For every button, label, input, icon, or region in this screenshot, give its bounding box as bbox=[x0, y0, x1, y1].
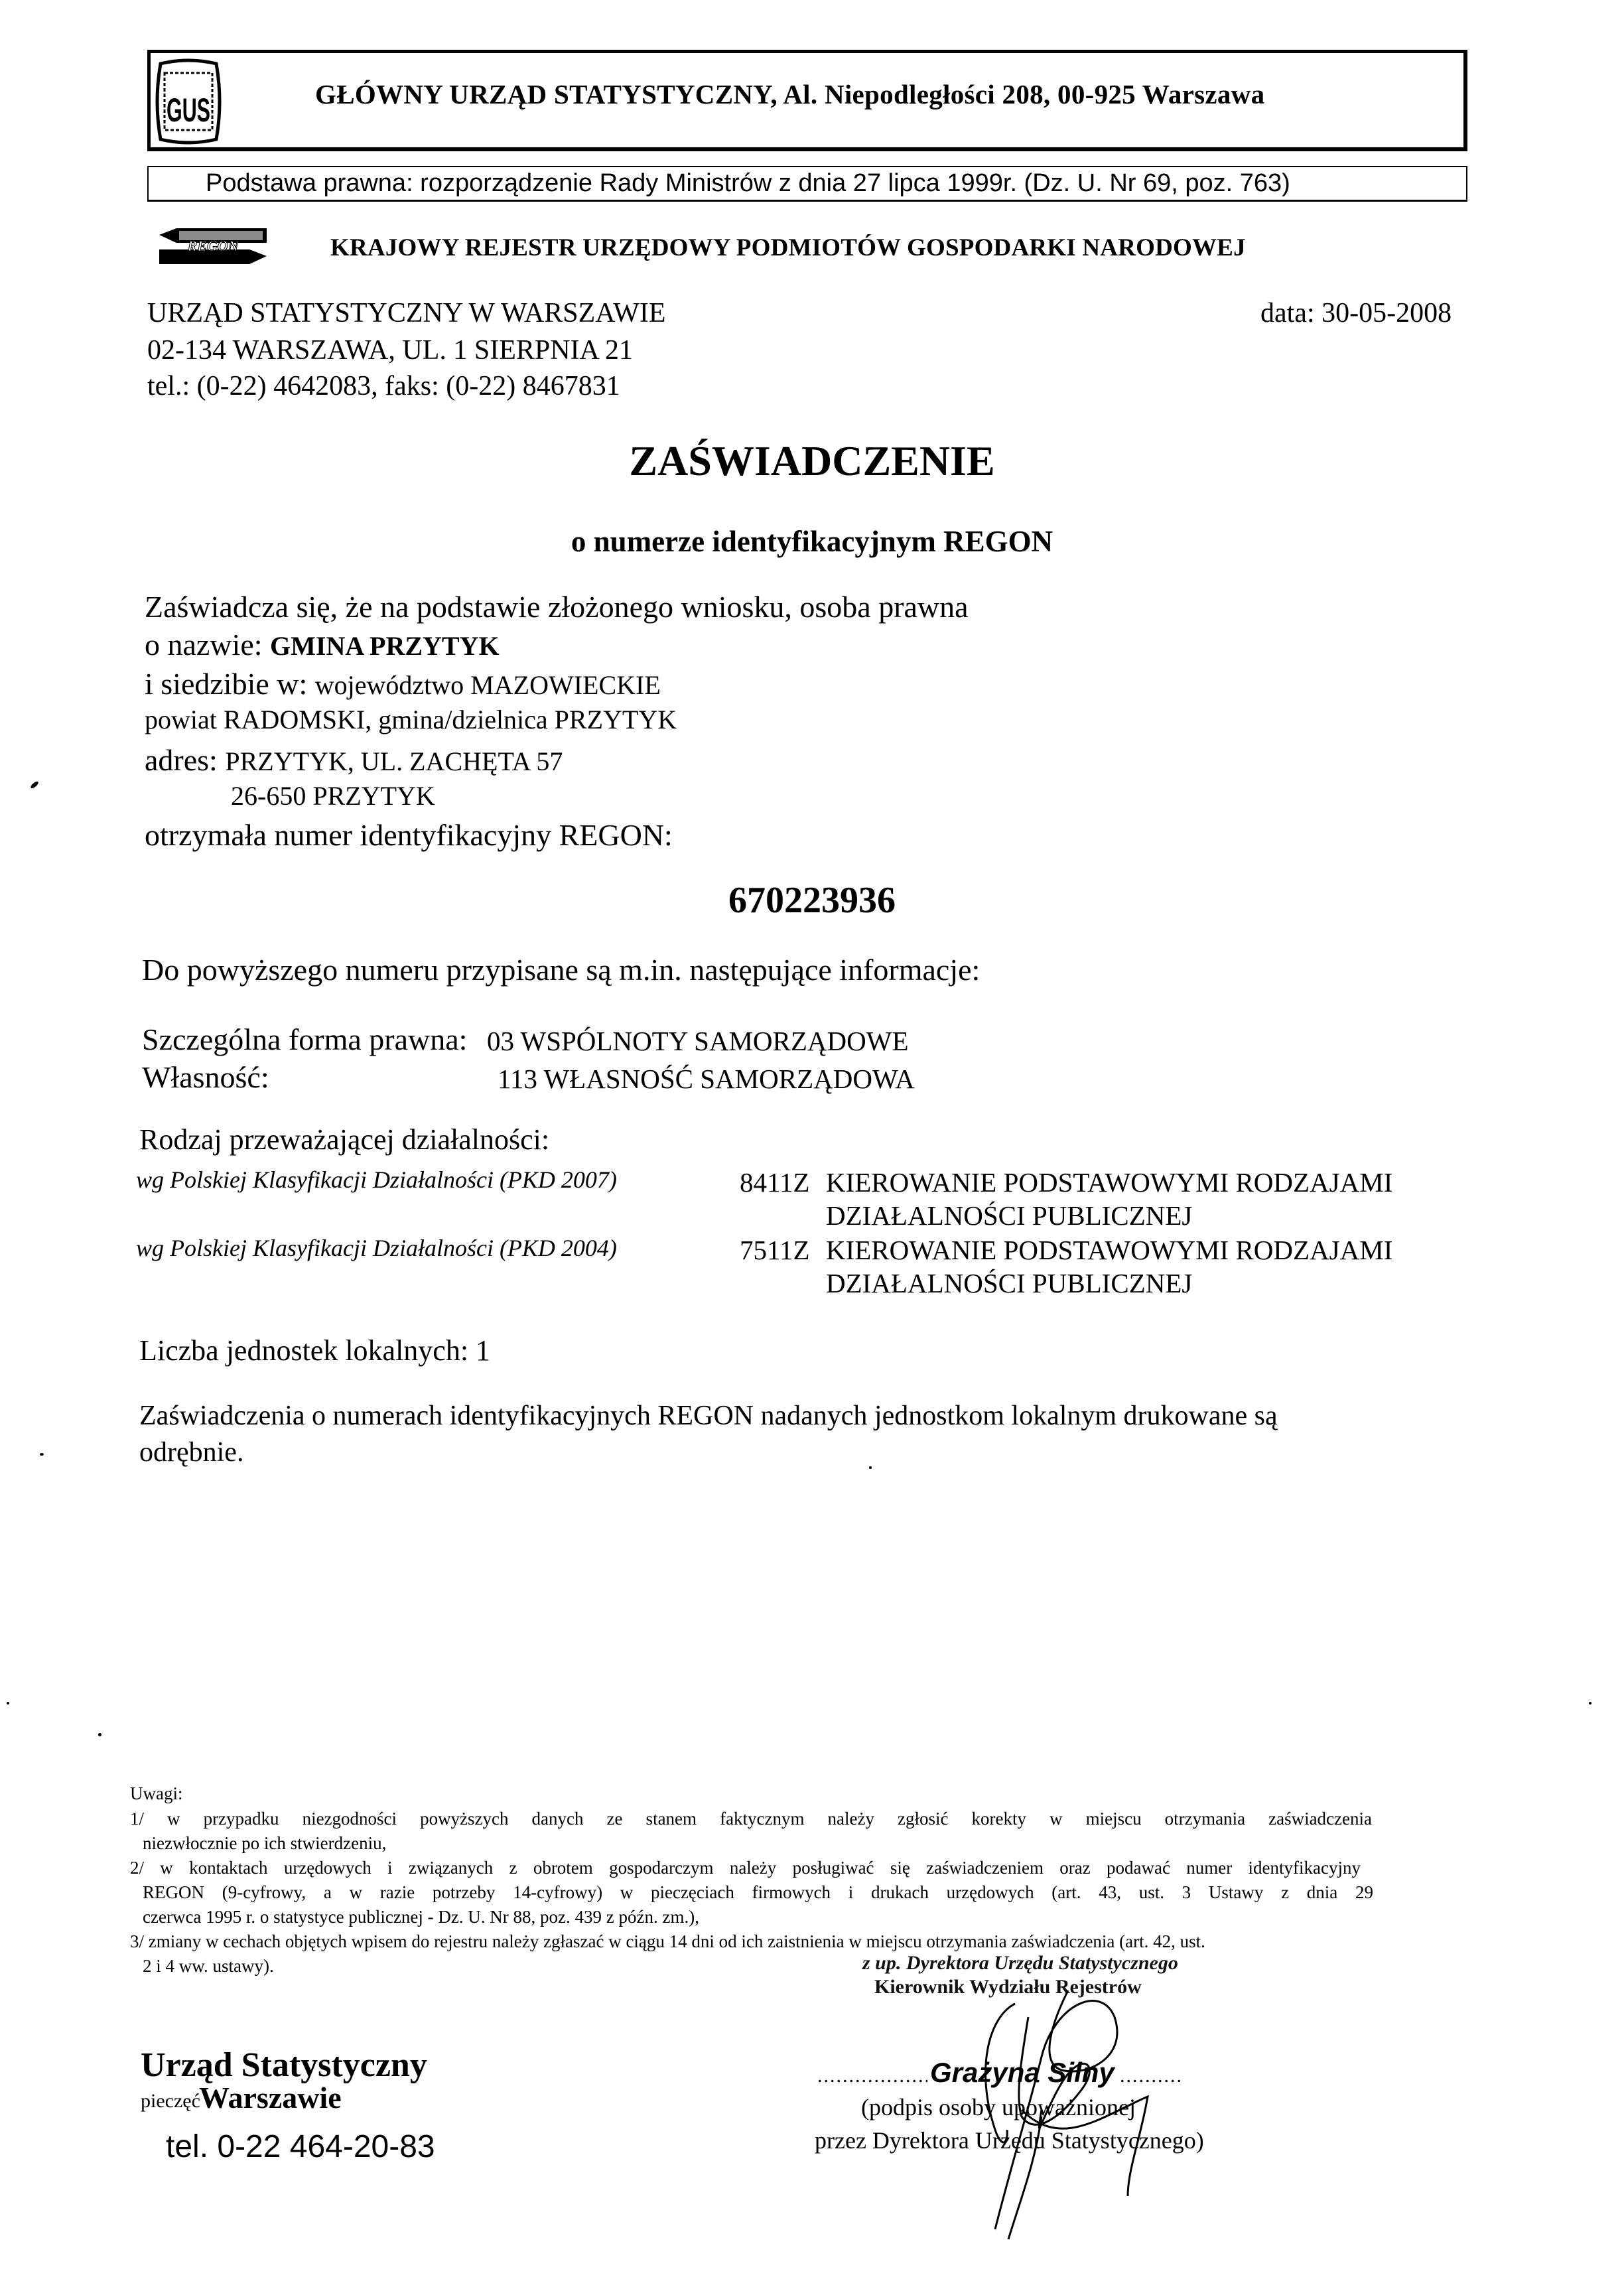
remark-1: 1/ w przypadku niezgodności powyższych d… bbox=[130, 1809, 1372, 1829]
seal-office-name: Urząd Statystyczny bbox=[141, 2046, 427, 2085]
seat-value: województwo MAZOWIECKIE bbox=[315, 670, 661, 700]
pkd-2004-description-cont: DZIAŁALNOŚCI PUBLICZNEJ bbox=[826, 1267, 1192, 1299]
institution-header: GŁÓWNY URZĄD STATYSTYCZNY, Al. Niepodleg… bbox=[315, 78, 1264, 110]
remark-3: 3/ zmiany w cechach objętych wpisem do r… bbox=[130, 1931, 1205, 1952]
address-line: adres: PRZYTYK, UL. ZACHĘTA 57 bbox=[145, 742, 563, 778]
seat-line: i siedzibie w: województwo MAZOWIECKIE bbox=[145, 666, 661, 701]
seal-city: Warszawie bbox=[199, 2080, 342, 2115]
scan-artifact bbox=[40, 1453, 44, 1456]
registry-title: KRAJOWY REJESTR URZĘDOWY PODMIOTÓW GOSPO… bbox=[330, 234, 1246, 262]
legal-form-label: Szczególna forma prawna: bbox=[142, 1022, 467, 1057]
scan-artifact bbox=[7, 1702, 9, 1704]
scan-artifact bbox=[30, 780, 40, 790]
remarks-title: Uwagi: bbox=[130, 1783, 182, 1804]
scan-artifact bbox=[1589, 1702, 1591, 1704]
local-units-note: Zaświadczenia o numerach identyfikacyjny… bbox=[139, 1400, 1278, 1432]
address-street: PRZYTYK, UL. ZACHĘTA 57 bbox=[225, 746, 563, 776]
office-name: URZĄD STATYSTYCZNY W WARSZAWIE bbox=[147, 297, 666, 329]
details-intro: Do powyższego numeru przypisane są m.in.… bbox=[142, 952, 980, 987]
pkd-2004-classification: wg Polskiej Klasyfikacji Działalności (P… bbox=[136, 1234, 617, 1262]
svg-text:REGON: REGON bbox=[186, 238, 239, 254]
local-units-note-cont: odrębnie. bbox=[139, 1436, 243, 1468]
signatory-stamp-title: z up. Dyrektora Urzędu Statystycznego bbox=[862, 1952, 1178, 1975]
legal-form-value: 03 WSPÓLNOTY SAMORZĄDOWE bbox=[487, 1025, 909, 1057]
remark-2-cont-2: czerwca 1995 r. o statystyce publicznej … bbox=[143, 1907, 699, 1927]
pkd-2007-description: KIEROWANIE PODSTAWOWYMI RODZAJAMI bbox=[826, 1166, 1392, 1198]
remark-2-cont: REGON (9-cyfrowy, a w razie potrzeby 14-… bbox=[143, 1882, 1373, 1903]
svg-text:GUS: GUS bbox=[167, 92, 210, 129]
address-label: adres: bbox=[145, 743, 225, 777]
ownership-label: Własność: bbox=[142, 1060, 269, 1095]
remark-1-text: 1/ w przypadku niezgodności powyższych d… bbox=[130, 1809, 1372, 1829]
seal-phone: tel. 0-22 464-20-83 bbox=[166, 2128, 435, 2165]
entity-name: GMINA PRZYTYK bbox=[270, 631, 500, 661]
regon-logo-icon: REGON bbox=[157, 226, 269, 267]
regon-received-line: otrzymała numer identyfikacyjny REGON: bbox=[145, 817, 673, 853]
activity-label: Rodzaj przeważającej działalności: bbox=[139, 1123, 549, 1156]
pkd-2004-code: 7511Z bbox=[740, 1234, 810, 1266]
gus-logo-icon: GUS bbox=[154, 58, 223, 145]
seat-label: i siedzibie w: bbox=[145, 667, 315, 701]
pkd-2004-description: KIEROWANIE PODSTAWOWYMI RODZAJAMI bbox=[826, 1234, 1392, 1266]
remark-1-cont: niezwłocznie po ich stwierdzeniu, bbox=[143, 1833, 386, 1854]
office-contact: tel.: (0-22) 4642083, faks: (0-22) 84678… bbox=[147, 370, 620, 402]
ownership-value: 113 WŁASNOŚĆ SAMORZĄDOWA bbox=[498, 1063, 915, 1095]
district-line: powiat RADOMSKI, gmina/dzielnica PRZYTYK bbox=[145, 704, 677, 735]
seal-label: pieczęć bbox=[141, 2090, 200, 2113]
handwritten-signature-icon bbox=[929, 1977, 1207, 2243]
legal-basis: Podstawa prawna: rozporządzenie Rady Min… bbox=[206, 169, 1290, 198]
pkd-2007-description-cont: DZIAŁALNOŚCI PUBLICZNEJ bbox=[826, 1200, 1192, 1231]
entity-name-label: o nazwie: bbox=[145, 628, 270, 661]
pkd-2007-classification: wg Polskiej Klasyfikacji Działalności (P… bbox=[136, 1166, 617, 1194]
regon-number: 670223936 bbox=[0, 879, 1624, 922]
document-title: ZAŚWIADCZENIE bbox=[0, 437, 1624, 486]
scan-artifact bbox=[869, 1466, 872, 1469]
issue-date: data: 30-05-2008 bbox=[1260, 297, 1452, 329]
pkd-2007-code: 8411Z bbox=[740, 1166, 810, 1198]
certificate-intro: Zaświadcza się, że na podstawie złożoneg… bbox=[145, 589, 969, 624]
remark-2-text-cont: REGON (9-cyfrowy, a w razie potrzeby 14-… bbox=[143, 1882, 1373, 1903]
document-subtitle: o numerze identyfikacyjnym REGON bbox=[0, 524, 1624, 559]
entity-name-line: o nazwie: GMINA PRZYTYK bbox=[145, 627, 500, 662]
remark-3-cont: 2 i 4 ww. ustawy). bbox=[143, 1956, 274, 1977]
remark-2-text: 2/ w kontaktach urzędowych i związanych … bbox=[130, 1858, 1361, 1878]
address-postal: 26-650 PRZYTYK bbox=[231, 780, 435, 811]
local-units-count: Liczba jednostek lokalnych: 1 bbox=[139, 1334, 490, 1367]
scan-artifact bbox=[98, 1733, 101, 1736]
remark-2: 2/ w kontaktach urzędowych i związanych … bbox=[130, 1858, 1361, 1878]
office-address: 02-134 WARSZAWA, UL. 1 SIERPNIA 21 bbox=[147, 334, 633, 366]
